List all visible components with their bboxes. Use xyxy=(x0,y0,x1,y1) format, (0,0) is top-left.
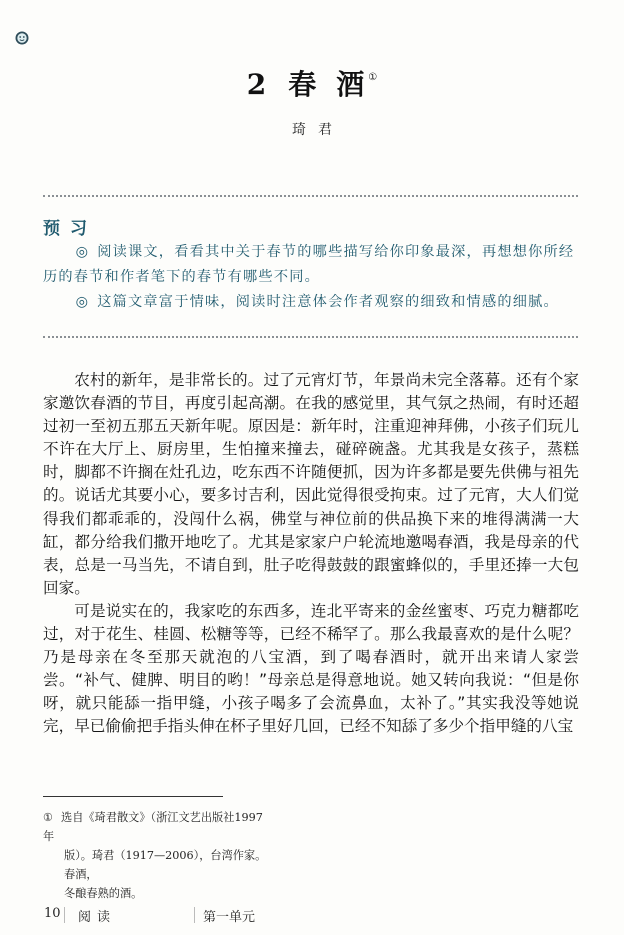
footer-separator xyxy=(64,907,65,923)
footnote-line-3: 冬酿春熟的酒。 xyxy=(43,884,273,903)
author-name: 琦君 xyxy=(0,119,624,139)
preview-item-text: 这篇文章富于情味，阅读时注意体会作者观察的细致和情感的细腻。 xyxy=(97,294,559,310)
dotted-divider-bottom xyxy=(43,336,578,338)
footer-unit: 第一单元 xyxy=(203,906,255,925)
page-footer: 10 阅读 第一单元 xyxy=(0,906,624,926)
footnote-line-2: 版）。琦君（1917—2006），台湾作家。春酒， xyxy=(43,846,273,884)
double-circle-icon: ◎ xyxy=(76,244,90,260)
footer-section: 阅读 xyxy=(78,906,116,925)
footnote-rule xyxy=(43,796,223,797)
preview-item-2: ◎这篇文章富于情味，阅读时注意体会作者观察的细致和情感的细腻。 xyxy=(43,290,578,315)
lesson-title: 2春酒① xyxy=(0,63,624,103)
smiley-face-icon xyxy=(15,31,29,45)
paragraph-2: 可是说实在的，我家吃的东西多，连北平寄来的金丝蜜枣、巧克力糖都吃过，对于花生、桂… xyxy=(43,600,579,739)
footnote-ref: ① xyxy=(368,72,377,83)
preview-item-text: 阅读课文，看看其中关于春节的哪些描写给你印象最深，再想想你所经历的春节和作者笔下… xyxy=(43,244,574,285)
preview-heading: 预习 xyxy=(43,214,97,239)
footnote: ①选自《琦君散文》（浙江文艺出版社1997年 版）。琦君（1917—2006），… xyxy=(43,808,273,903)
dotted-divider-top xyxy=(43,195,578,197)
paragraph-1: 农村的新年，是非常长的。过了元宵灯节，年景尚未完全落幕。还有个家家邀饮春酒的节目… xyxy=(43,369,579,600)
footnote-mark: ① xyxy=(43,811,53,824)
lesson-number: 2 xyxy=(247,68,266,101)
article-body: 农村的新年，是非常长的。过了元宵灯节，年景尚未完全落幕。还有个家家邀饮春酒的节目… xyxy=(43,369,579,739)
preview-item-1: ◎阅读课文，看看其中关于春节的哪些描写给你印象最深，再想想你所经历的春节和作者笔… xyxy=(43,240,578,290)
double-circle-icon: ◎ xyxy=(76,294,90,310)
page-number: 10 xyxy=(44,906,61,921)
footnote-line-1: 选自《琦君散文》（浙江文艺出版社1997年 xyxy=(43,811,263,843)
footer-separator xyxy=(194,907,195,923)
